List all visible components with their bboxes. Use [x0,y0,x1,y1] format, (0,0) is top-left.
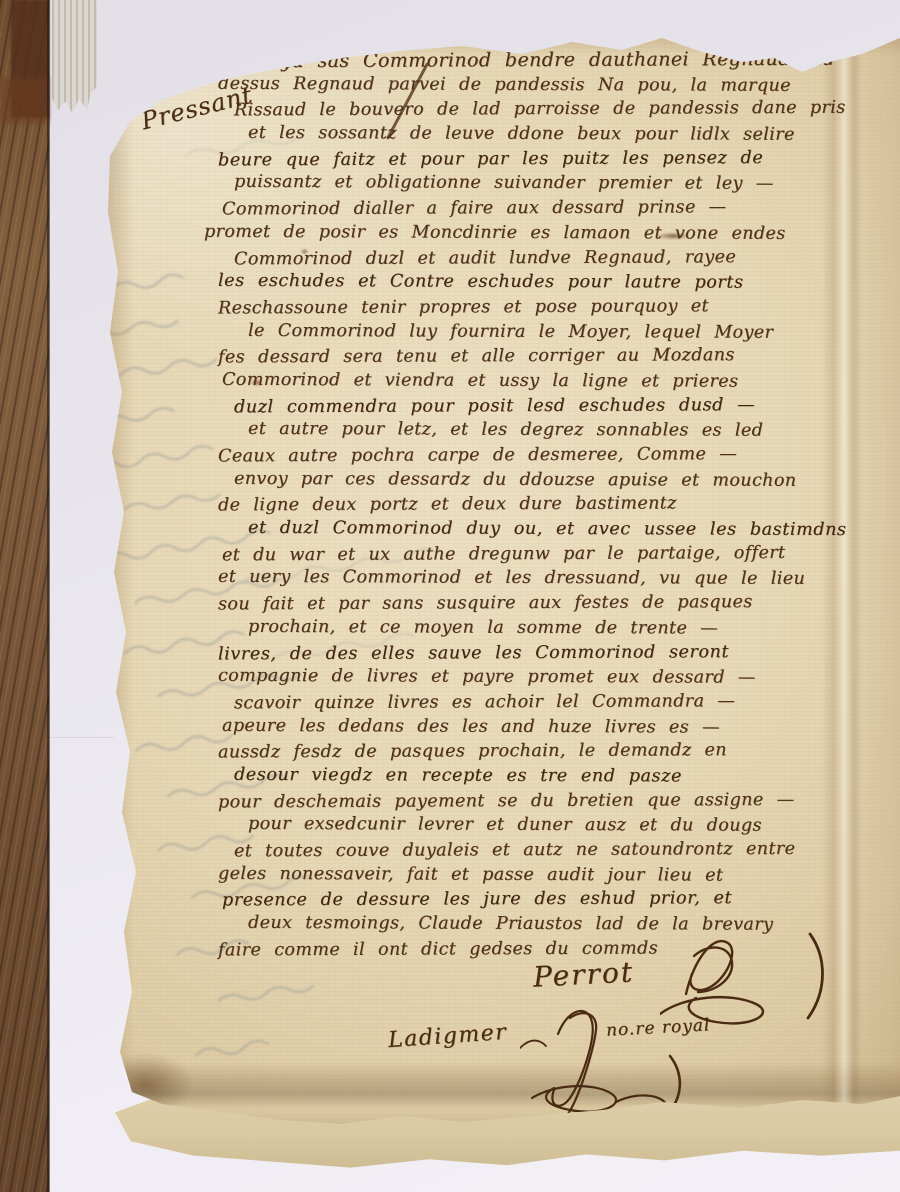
manuscript-line: et du war et ux authe dregunw par le par… [222,540,878,568]
manuscript-line: fes dessard sera tenu et alle corriger a… [218,343,878,371]
manuscript-line: pour deschemais payement se du bretien q… [218,787,878,815]
manuscript-line: aussdz fesdz de pasques prochain, le dem… [218,738,878,766]
manuscript-line: puissantz et obligationne suivander prem… [234,170,878,197]
manuscript-line: pour exsedcunir levrer et duner ausz et … [248,812,878,839]
manuscript-line: beure que faitz et pour par les puitz le… [218,145,878,173]
wood-red-band [0,78,49,124]
manuscript-line: sou fait et par sans susquire aux festes… [218,590,878,618]
manuscript-line: compagnie de livres et payre promet eux … [218,664,878,691]
wood-edge-shadow [47,0,50,1192]
manuscript-text: Establya sas Commorinod bendre dauthanei… [218,48,878,961]
manuscript-line: Commorinod dialler a faire aux dessard p… [222,195,878,223]
manuscript-line: Commorinod duzl et audit lundve Regnaud,… [234,244,878,271]
manuscript-line: geles nonessaveir, fait et passe audit j… [218,862,878,889]
wood-grain-texture [0,0,49,1192]
manuscript-line: Ceaux autre pochra carpe de desmeree, Co… [218,442,878,470]
manuscript-line: le Commorinod luy fournira le Moyer, leq… [248,318,878,345]
manuscript-line: livres, de des elles sauve les Commorino… [218,639,878,667]
manuscript-line: presence de dessure les jure des eshud p… [222,886,878,914]
manuscript-line: apeure les dedans des les and huze livre… [222,713,878,740]
manuscript-photo: Pressant Establya sas Commorinod bendre … [0,0,900,1192]
manuscript-page: Pressant Establya sas Commorinod bendre … [100,26,900,1156]
manuscript-line: promet de posir es Moncdinrie es lamaon … [204,220,878,247]
manuscript-line: Commorinod et viendra et ussy la ligne e… [222,368,878,395]
tape-strip [52,0,97,114]
manuscript-line: Rissaud le bouvero de lad parroisse de p… [234,96,878,123]
manuscript-line: Reschassoune tenir propres et pose pourq… [218,293,878,321]
manuscript-line: desour viegdz en recepte es tre end pasz… [234,763,878,790]
manuscript-line: et autre pour letz, et les degrez sonnab… [248,417,878,444]
manuscript-line: Establya sas Commorinod bendre dauthanei… [218,47,878,75]
wooden-table-edge [0,0,49,1192]
manuscript-line: scavoir quinze livres es achoir lel Comm… [234,688,878,715]
manuscript-line: prochain, et ce moyen la somme de trente… [248,615,878,642]
manuscript-line: dessus Regnaud parvei de pandessis Na po… [218,72,878,99]
manuscript-line: et toutes couve duyaleis et autz ne sato… [234,837,878,864]
manuscript-line: et uery les Commorinod et les dressuand,… [218,565,878,592]
manuscript-line: les eschudes et Contre eschudes pour lau… [218,269,878,296]
manuscript-line: de ligne deux portz et deux dure bastime… [218,491,878,519]
manuscript-line: et les sossantz de leuve ddone beux pour… [248,121,878,148]
manuscript-line: duzl commendra pour posit lesd eschudes … [234,392,878,419]
manuscript-line: envoy par ces dessardz du ddouzse apuise… [234,467,878,494]
signature-perrot: Perrot [532,955,635,993]
manuscript-line: et duzl Commorinod duy ou, et avec ussee… [248,516,878,543]
backing-sheet-seam [48,737,114,738]
